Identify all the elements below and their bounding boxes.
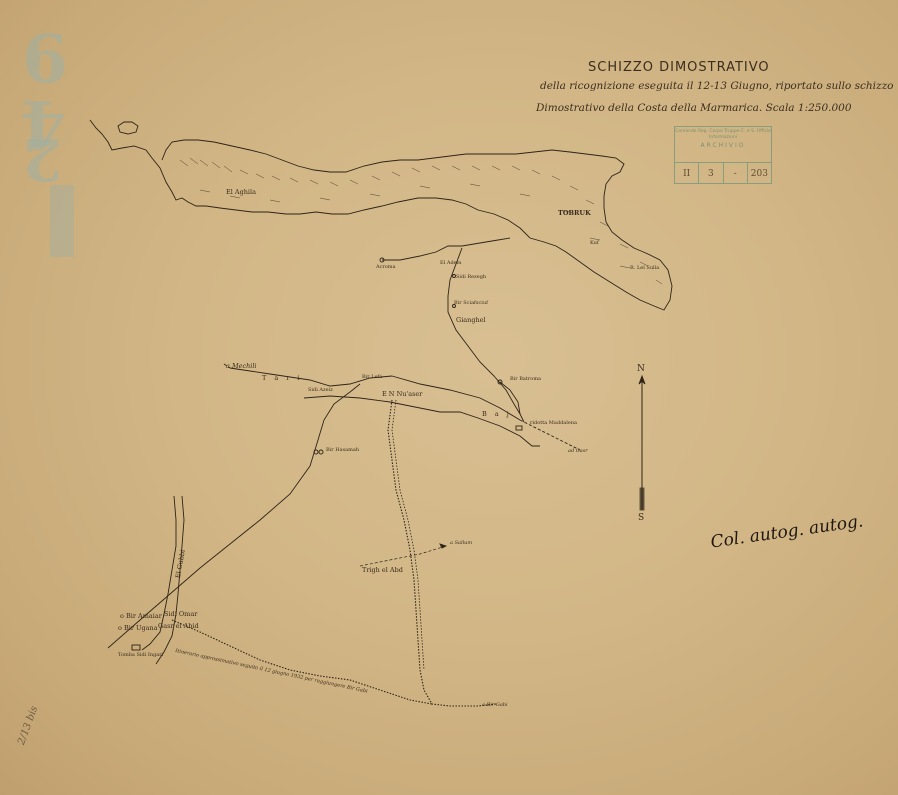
label-ad-gasr: ad Gasr: [568, 448, 588, 454]
stamp-cell: -: [724, 163, 748, 183]
label-a-bir-gabi: a Bir Gabi: [482, 702, 508, 708]
label-en-nuaser: E N Nu'aser: [382, 390, 422, 398]
label-bir-hasamah: Bir Hasamah: [326, 447, 359, 453]
label-ridotta: ridotta Maddalena: [530, 420, 577, 426]
map-title: SCHIZZO DIMOSTRATIVO: [588, 60, 770, 75]
map-subtitle-line1: della ricognizione eseguita il 12-13 Giu…: [540, 80, 893, 92]
label-gianghel: Gianghel: [456, 316, 486, 324]
dotted-route-2: [392, 400, 424, 670]
marker-ridotta: [516, 426, 522, 430]
label-acroma: Acroma: [376, 264, 396, 270]
itinerary-route: [172, 620, 432, 704]
label-bir-lefa: Bir Lefa: [362, 374, 382, 380]
label-sidi-rezegh: Sidi Rezegh: [456, 274, 486, 280]
stamp-header: Comando Reg. Corpo Truppe C. e S. Uffici…: [675, 127, 771, 141]
map-subtitle-line2: Dimostrativo della Costa della Marmarica…: [536, 102, 852, 114]
label-tobruk: TOBRUK: [558, 209, 591, 217]
label-a-mechili: a Mechili: [226, 362, 257, 370]
label-bir-batroma: Bir Batroma: [510, 376, 541, 382]
stamp-cell: 3: [699, 163, 723, 183]
arrow-sallum: [440, 544, 446, 548]
compass-feather: [640, 488, 644, 510]
road-acroma: [382, 238, 510, 260]
dotted-route: [388, 400, 496, 706]
label-tarig: T a r i: [262, 374, 303, 382]
label-bay: B a j: [482, 410, 512, 418]
label-sidi-azeiz: Sidi Azeiz: [308, 387, 333, 393]
island: [118, 122, 138, 134]
track-lower: [304, 396, 540, 446]
map-sheet: 9 4 2: [0, 0, 898, 795]
compass-south: S: [638, 513, 644, 523]
label-a-sallum: a Sallum: [450, 540, 472, 546]
label-kuf: Kuf: [590, 240, 599, 246]
label-bir-amaiar: o Bir Amaiar: [120, 612, 162, 620]
label-el-aghila: El Aghila: [226, 188, 256, 196]
label-ras-lel-sulla: R. Lel Sulla: [630, 265, 659, 271]
label-bir-sciafsciuf: Bir Sciafsciuf: [454, 300, 488, 306]
label-bir-ugana: o Bir Ugana: [118, 624, 158, 632]
diagonal-road: [108, 384, 360, 648]
label-gasr-el-abid: Gasr el Abid: [158, 622, 199, 630]
label-sidi-omar: Sidi Omar: [164, 610, 197, 618]
map-drawing: [0, 0, 898, 795]
stamp-cell: II: [675, 163, 699, 183]
archive-stamp: Comando Reg. Corpo Truppe C. e S. Uffici…: [674, 126, 772, 184]
stamp-subheader: ARCHIVIO: [675, 141, 771, 149]
marker-bir-hasamah-2: [319, 450, 323, 454]
marker-tomba: [132, 645, 140, 650]
compass-north: N: [637, 364, 645, 374]
stamp-cell: 203: [748, 163, 771, 183]
label-tomba-sidi-ingari: Tomba Sidi Ingari: [118, 652, 163, 658]
label-trigh-el-abd: Trigh el Abd: [362, 566, 403, 574]
label-el-adem: El Adem: [440, 260, 461, 266]
trigh-el-abd: [360, 546, 446, 566]
